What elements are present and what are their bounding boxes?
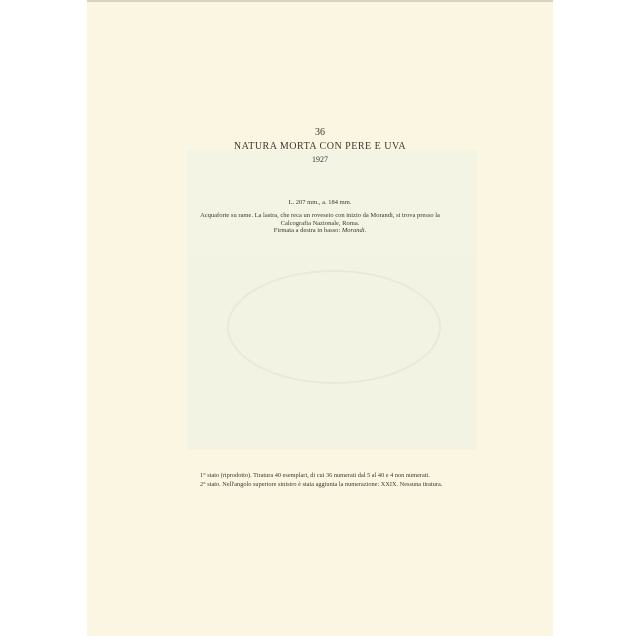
faded-etching-image [187,150,477,450]
signature-line: Firmata a destra in basso: Morandi. [200,227,440,235]
description-line-1: Acquaforte su rame. La lastra, che reca … [200,212,440,220]
signature-prefix: Firmata a destra in basso: [274,227,340,234]
description: Acquaforte su rame. La lastra, che reca … [200,212,440,235]
signature-name: Morandi. [342,227,366,234]
catalog-page: 36 NATURA MORTA CON PERE E UVA 1927 L. 2… [87,0,553,636]
description-line-2: Calcografia Nazionale, Roma. [200,220,440,228]
state-1: 1° stato (riprodotto). Tiratura 40 esemp… [200,471,500,480]
artwork-title: NATURA MORTA CON PERE E UVA [87,141,553,152]
states-notes: 1° stato (riprodotto). Tiratura 40 esemp… [200,471,500,489]
dimensions: L. 207 mm., a. 184 mm. [87,199,553,206]
state-2: 2° stato. Nell'angolo superiore sinistro… [200,480,500,489]
artwork-year: 1927 [87,155,553,164]
catalog-number: 36 [87,127,553,138]
